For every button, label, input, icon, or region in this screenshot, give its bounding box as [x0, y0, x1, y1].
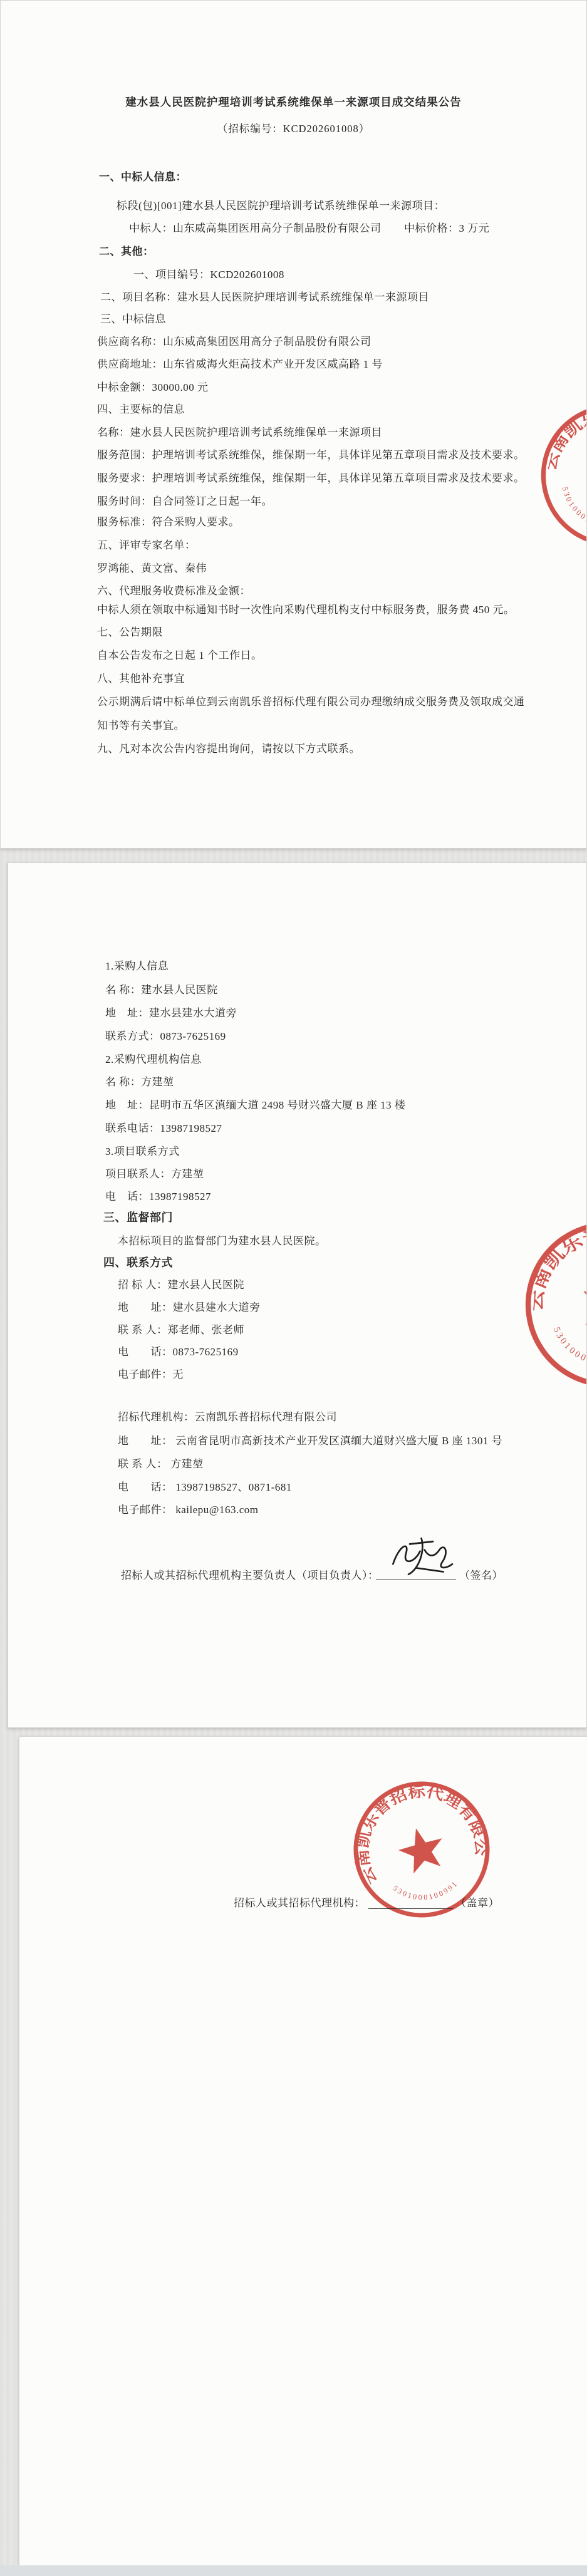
- tenderer-name: 招 标 人：建水县人民医院: [118, 1278, 244, 1292]
- supplier-name: 供应商名称：山东威高集团医用高分子制品股份有限公司: [97, 335, 371, 349]
- notice-period-detail: 自本公告发布之日起 1 个工作日。: [97, 649, 262, 663]
- winner-name: 中标人：山东威高集团医用高分子制品股份有限公司: [129, 222, 382, 235]
- section-winner-info: 一、中标人信息：: [99, 170, 187, 184]
- tenderer-email: 电子邮件：无: [118, 1368, 184, 1382]
- service-scope: 服务范围：护理培训考试系统维保，维保期一年，具体详见第五章项目需求及技术要求。: [97, 448, 525, 462]
- agency-address: 地 址： 云南省昆明市高新技术产业开发区滇缅大道财兴盛大厦 B 座 1301 号: [118, 1434, 502, 1448]
- tender-number: （招标编号：KCD202601008）: [0, 120, 587, 135]
- agency-seal-stamp: 云南凯乐普招标代理有限公司 5301000100991: [333, 1761, 510, 1938]
- agency-fee-detail: 中标人须在领取中标通知书时一次性向采购代理机构支付中标服务费，服务费 450 元…: [97, 603, 515, 617]
- supplement-detail-2: 知书等有关事宜。: [97, 719, 185, 733]
- purchaser-contact: 联系方式：0873-7625169: [105, 1030, 226, 1043]
- inquiry-heading: 九、凡对本次公告内容提出询问，请按以下方式联系。: [97, 742, 360, 756]
- agency-phone: 电 话： 13987198527、0871-681: [118, 1481, 292, 1494]
- supplier-address: 供应商地址：山东省威海火炬高技术产业开发区威高路 1 号: [97, 358, 383, 371]
- signature-suffix: （签名）: [459, 1569, 503, 1583]
- scanned-document-viewer: 云南凯乐普招标代理有限公司 5301000100991 云南凯乐普招标代理有限公…: [0, 0, 587, 2576]
- svg-text:5301000100991: 5301000100991: [544, 1323, 587, 1375]
- notice-period-heading: 七、公告期限: [97, 626, 163, 639]
- award-info-heading: 三、中标信息: [100, 313, 166, 326]
- project-name: 二、项目名称：建水县人民医院护理培训考试系统维保单一来源项目: [100, 291, 429, 304]
- viewer-bottom-band: [0, 2565, 587, 2576]
- service-standard: 服务标准：符合采购人要求。: [97, 515, 240, 529]
- page-title: 建水县人民医院护理培训考试系统维保单一来源项目成交结果公告: [0, 94, 587, 110]
- responsible-person-label: 招标人或其招标代理机构主要负责人（项目负责人）：: [121, 1569, 379, 1583]
- project-contact-heading: 3.项目联系方式: [105, 1145, 180, 1159]
- supervision-detail: 本招标项目的监督部门为建水县人民医院。: [118, 1234, 326, 1248]
- signature-scrawl: [383, 1536, 455, 1581]
- svg-text:5301000100991: 5301000100991: [390, 1868, 462, 1910]
- experts-heading: 五、评审专家名单：: [97, 539, 196, 552]
- agency-contact-person: 联 系 人： 方建堃: [118, 1457, 204, 1471]
- tenderer-contacts: 联 系 人：郑老师、张老师: [118, 1323, 244, 1337]
- agent-phone: 联系电话：13987198527: [105, 1122, 222, 1135]
- svg-text:云南凯乐普招标代理有限公司: 云南凯乐普招标代理有限公司: [506, 1197, 587, 1353]
- supplement-detail-1: 公示期满后请中标单位到云南凯乐普招标代理有限公司办理缴纳成交服务费及领取成交通: [97, 695, 525, 709]
- agent-name: 名 称：方建堃: [105, 1075, 174, 1089]
- project-contact-phone: 电 话：13987198527: [105, 1190, 211, 1204]
- signature-underline: [376, 1579, 456, 1580]
- agency-email: 电子邮件： kailepu@163.com: [118, 1503, 258, 1517]
- service-time: 服务时间：自合同签订之日起一年。: [97, 495, 273, 509]
- agency-name: 招标代理机构：云南凯乐普招标代理有限公司: [118, 1410, 337, 1424]
- winner-price: 中标价格：3 万元: [404, 222, 489, 235]
- seal-line-suffix: （盖章）: [455, 1896, 499, 1910]
- subject-name: 名称：建水县人民医院护理培训考试系统维保单一来源项目: [97, 426, 382, 440]
- experts-names: 罗鸿能、黄文富、秦伟: [97, 562, 207, 576]
- seal-underline: [368, 1908, 453, 1909]
- svg-text:云南凯乐普招标代理有限公司: 云南凯乐普招标代理有限公司: [333, 1761, 492, 1893]
- agent-address: 地 址：昆明市五华区滇缅大道 2498 号财兴盛大厦 B 座 13 楼: [105, 1099, 405, 1112]
- svg-text:云南凯乐普招标代理有限公司: 云南凯乐普招标代理有限公司: [526, 376, 587, 527]
- subject-info-heading: 四、主要标的信息: [97, 403, 185, 416]
- agent-info-heading: 2.采购代理机构信息: [105, 1053, 202, 1067]
- project-contact-person: 项目联系人：方建堃: [105, 1167, 204, 1181]
- page-3: 云南凯乐普招标代理有限公司 5301000100991: [19, 1736, 587, 2567]
- project-number: 一、项目编号：KCD202601008: [133, 268, 284, 282]
- service-requirement: 服务要求：护理培训考试系统维保，维保期一年，具体详见第五章项目需求及技术要求。: [97, 472, 525, 485]
- tenderer-address: 地 址：建水县建水大道旁: [118, 1301, 261, 1315]
- purchaser-info-heading: 1.采购人信息: [105, 960, 169, 973]
- agency-fee-heading: 六、代理服务收费标准及金额：: [97, 584, 251, 598]
- purchaser-name: 名 称：建水县人民医院: [105, 983, 218, 997]
- tenderer-phone: 电 话：0873-7625169: [118, 1345, 239, 1359]
- award-amount: 中标金额：30000.00 元: [97, 381, 209, 395]
- lot-line: 标段(包)[001]建水县人民医院护理培训考试系统维保单一来源项目：: [117, 199, 445, 213]
- contact-heading: 四、联系方式: [103, 1256, 173, 1270]
- page-2: 云南凯乐普招标代理有限公司 5301000100991: [8, 862, 587, 1728]
- seal-line-label: 招标人或其招标代理机构：: [234, 1896, 365, 1910]
- supplement-heading: 八、其他补充事宜: [97, 672, 185, 686]
- section-other: 二、其他：: [99, 245, 154, 259]
- supervision-heading: 三、监督部门: [103, 1211, 173, 1224]
- agency-seal-stamp-partial: 云南凯乐普招标代理有限公司 5301000100991: [501, 1197, 587, 1412]
- purchaser-address: 地 址：建水县建水大道旁: [105, 1006, 237, 1020]
